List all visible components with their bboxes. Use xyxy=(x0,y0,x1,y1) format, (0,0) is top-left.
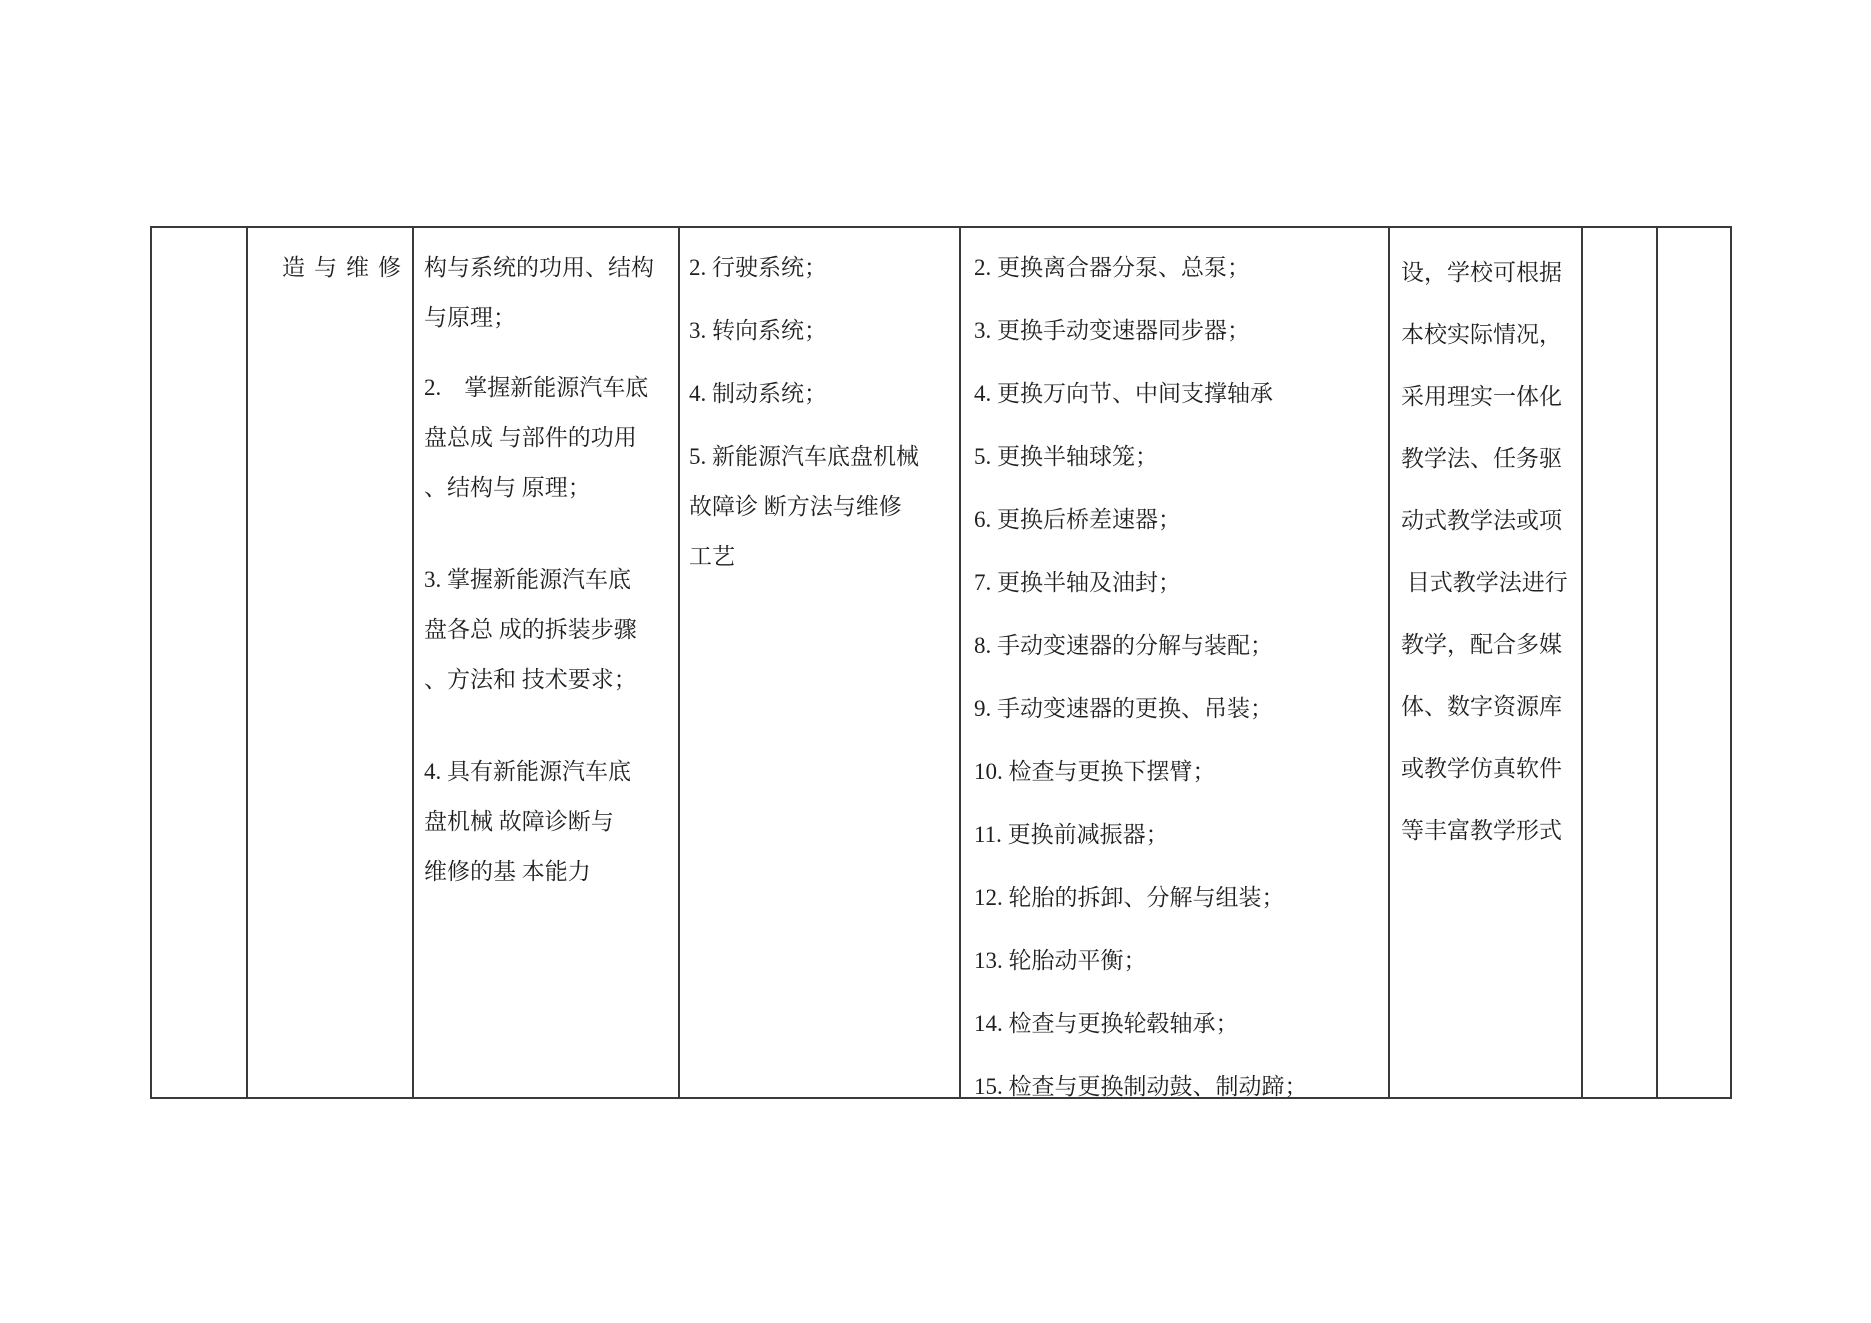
paragraph: 3. 转向系统； xyxy=(689,306,953,356)
paragraph: 构与系统的功用、结构 与原理； xyxy=(424,243,670,343)
paragraph: 3. 更换手动变速器同步器； xyxy=(974,306,1380,356)
paragraph: 13. 轮胎动平衡； xyxy=(974,936,1380,986)
cell-teaching-suggestion: 设，学校可根据 本校实际情况， 采用理实一体化 教学法、任务驱 动式教学法或项 … xyxy=(1390,228,1583,1097)
paragraph: 4. 更换万向节、中间支撑轴承 xyxy=(974,369,1380,419)
cell-objectives: 构与系统的功用、结构 与原理；2. 掌握新能源汽车底 盘总成 与部件的功用 、结… xyxy=(414,228,680,1097)
cell-hours xyxy=(1583,228,1658,1097)
paragraph: 4. 制动系统； xyxy=(689,369,953,419)
course-syllabus-table: 造与维修 构与系统的功用、结构 与原理；2. 掌握新能源汽车底 盘总成 与部件的… xyxy=(150,226,1732,1099)
course-name-text: 造与维修 xyxy=(282,243,408,293)
paragraph: 12. 轮胎的拆卸、分解与组装； xyxy=(974,873,1380,923)
paragraph: 9. 手动变速器的更换、吊装； xyxy=(974,684,1380,734)
paragraph: 2. 行驶系统； xyxy=(689,243,953,293)
paragraph: 4. 具有新能源汽车底 盘机械 故障诊断与 维修的基 本能力 xyxy=(424,747,670,897)
paragraph: 14. 检查与更换轮毂轴承； xyxy=(974,999,1380,1049)
paragraph: 5. 更换半轴球笼； xyxy=(974,432,1380,482)
paragraph: 8. 手动变速器的分解与装配； xyxy=(974,621,1380,671)
cell-teaching-contents: 2. 行驶系统；3. 转向系统；4. 制动系统；5. 新能源汽车底盘机械 故障诊… xyxy=(680,228,961,1097)
paragraph: 3. 掌握新能源汽车底 盘各总 成的拆装步骤 、方法和 技术要求； xyxy=(424,555,670,705)
paragraph: 10. 检查与更换下摆臂； xyxy=(974,747,1380,797)
paragraph: 15. 检查与更换制动鼓、制动蹄； xyxy=(974,1062,1380,1097)
paragraph: 11. 更换前减振器； xyxy=(974,810,1380,860)
paragraph: 2. 掌握新能源汽车底 盘总成 与部件的功用 、结构与 原理； xyxy=(424,363,670,513)
cell-index xyxy=(152,228,248,1097)
teaching-suggestion-text: 设，学校可根据 本校实际情况， 采用理实一体化 教学法、任务驱 动式教学法或项 … xyxy=(1401,242,1577,862)
cell-credits xyxy=(1658,228,1730,1097)
cell-practice-items: 2. 更换离合器分泵、总泵；3. 更换手动变速器同步器；4. 更换万向节、中间支… xyxy=(961,228,1390,1097)
paragraph: 5. 新能源汽车底盘机械 故障诊 断方法与维修 工艺 xyxy=(689,432,953,582)
cell-course-name: 造与维修 xyxy=(248,228,414,1097)
paragraph: 2. 更换离合器分泵、总泵； xyxy=(974,243,1380,293)
paragraph: 6. 更换后桥差速器； xyxy=(974,495,1380,545)
paragraph: 7. 更换半轴及油封； xyxy=(974,558,1380,608)
